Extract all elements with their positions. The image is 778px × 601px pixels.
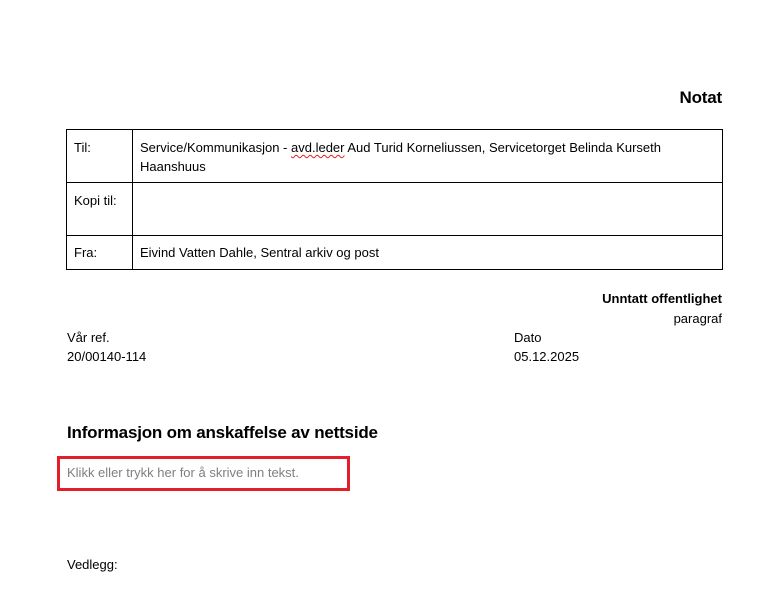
til-value[interactable]: Service/Kommunikasjon - avd.leder Aud Tu…: [133, 130, 723, 183]
fra-value[interactable]: Eivind Vatten Dahle, Sentral arkiv og po…: [133, 236, 723, 270]
kopi-value[interactable]: [133, 183, 723, 236]
kopi-label: Kopi til:: [67, 183, 133, 236]
fra-label: Fra:: [67, 236, 133, 270]
table-row-til: Til: Service/Kommunikasjon - avd.leder A…: [67, 130, 723, 183]
attachments-label: Vedlegg:: [67, 557, 118, 572]
reference-value: 20/00140-114: [67, 349, 146, 364]
exemption-paragraph: paragraf: [674, 311, 722, 326]
table-row-fra: Fra: Eivind Vatten Dahle, Sentral arkiv …: [67, 236, 723, 270]
spelling-flagged-word[interactable]: avd.leder: [291, 140, 344, 155]
document-title: Notat: [680, 88, 722, 108]
date-label: Dato: [514, 330, 541, 345]
subject-heading: Informasjon om anskaffelse av nettside: [67, 423, 378, 443]
til-value-text: Service/Kommunikasjon -: [140, 140, 291, 155]
exemption-title: Unntatt offentlighet: [602, 291, 722, 306]
date-value: 05.12.2025: [514, 349, 579, 364]
recipient-table: Til: Service/Kommunikasjon - avd.leder A…: [66, 129, 723, 270]
content-placeholder[interactable]: Klikk eller trykk her for å skrive inn t…: [67, 465, 299, 480]
til-label: Til:: [67, 130, 133, 183]
table-row-kopi: Kopi til:: [67, 183, 723, 236]
reference-label: Vår ref.: [67, 330, 110, 345]
content-control-highlight[interactable]: Klikk eller trykk her for å skrive inn t…: [57, 456, 350, 491]
